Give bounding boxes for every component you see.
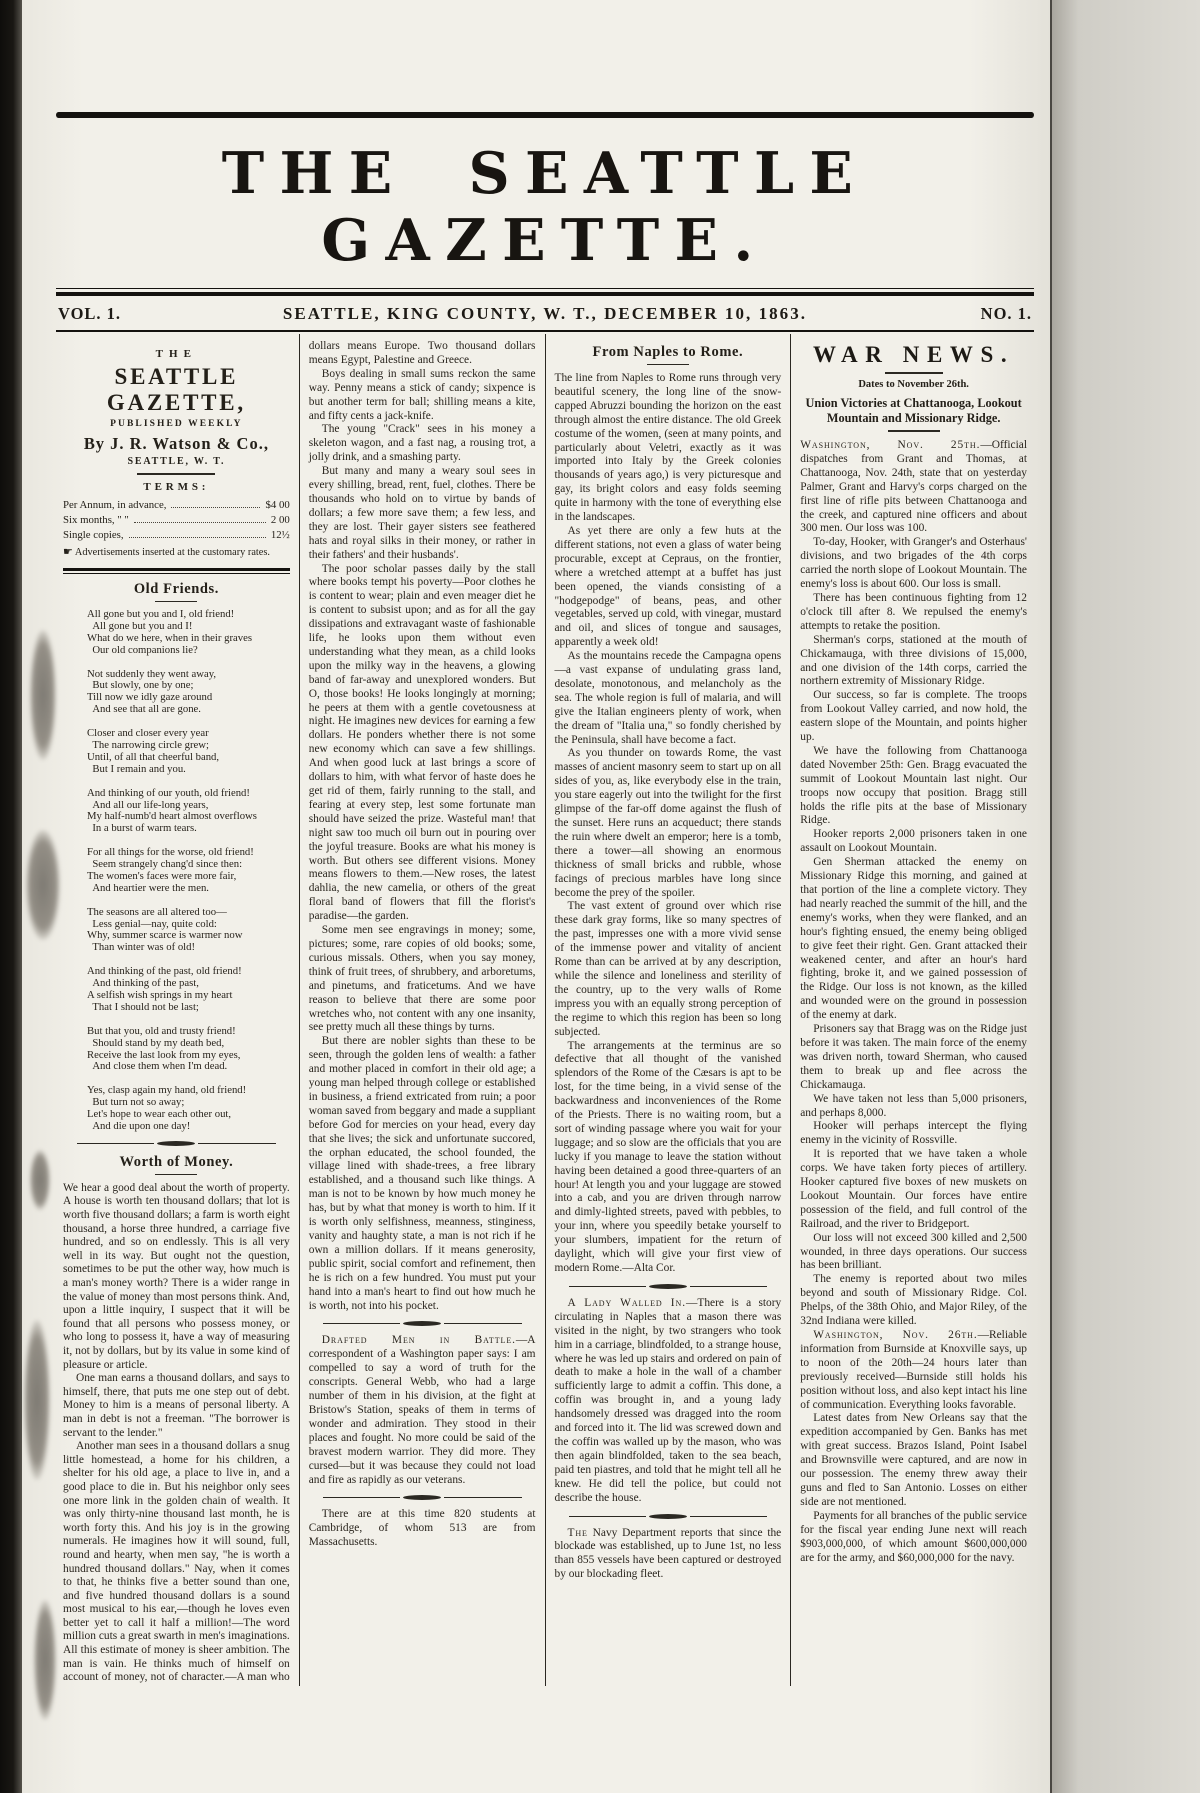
publisher-byline: By J. R. Watson & Co., — [63, 434, 290, 454]
paragraph: We hear a good deal about the worth of p… — [63, 1182, 290, 1372]
paragraph: Hooker reports 2,000 prisoners taken in … — [800, 828, 1027, 856]
paragraph: The enemy is reported about two miles be… — [800, 1273, 1027, 1329]
masthead-title: THE SEATTLE GAZETTE. — [54, 140, 1036, 274]
ornament-diamond — [403, 1321, 441, 1326]
ornament-diamond — [157, 1141, 195, 1146]
paragraph: There has been continuous fighting from … — [800, 592, 1027, 634]
war-news-title: WAR NEWS. — [800, 342, 1027, 368]
item-text: —There is a story circulating in Naples … — [555, 1297, 782, 1504]
paragraph-text: We have taken not less than 5,000 prison… — [800, 1093, 1027, 1119]
dotted-leader — [171, 507, 260, 508]
dotted-leader — [129, 537, 266, 538]
paragraph-text: Sherman's corps, stationed at the mouth … — [800, 634, 1027, 688]
war-news-subhead: Union Victories at Chattanooga, Lookout … — [804, 396, 1023, 425]
paragraph: Gen Sherman attacked the enemy on Missio… — [800, 856, 1027, 1023]
drafted-men-item: Drafted Men in Battle.—A correspondent o… — [309, 1334, 536, 1487]
paragraph: Payments for all branches of the public … — [800, 1510, 1027, 1566]
paragraph: Washington, Nov. 26th.—Reliable informat… — [800, 1329, 1027, 1412]
paragraph: The vast extent of ground over which ris… — [555, 900, 782, 1039]
paragraph: Boys dealing in small sums reckon the sa… — [309, 368, 536, 424]
paragraph: As you thunder on towards Rome, the vast… — [555, 747, 782, 900]
nameplate-the: THE — [63, 348, 290, 360]
item-text: —A correspondent of a Washington paper s… — [309, 1334, 536, 1485]
paragraph-text: —Reliable information from Burnside at K… — [800, 1329, 1027, 1411]
paragraph-text: The line from Naples to Rome runs throug… — [555, 372, 782, 523]
title-rule — [155, 1174, 197, 1175]
advert-note-text: Advertisements inserted at the customary… — [75, 547, 270, 558]
terms-label: Per Annum, in advance, — [63, 498, 166, 513]
dateline-rule — [56, 330, 1034, 332]
masthead-rule-top — [56, 112, 1034, 118]
paragraph-text: Our success, so far is complete. The tro… — [800, 689, 1027, 743]
ornament-divider — [323, 1321, 522, 1326]
paragraph: But many and many a weary soul sees in e… — [309, 465, 536, 562]
section-double-rule — [63, 568, 290, 574]
article-title-naples-to-rome: From Naples to Rome. — [555, 344, 782, 361]
terms-value: 2 00 — [271, 513, 290, 528]
column-3: From Naples to Rome. The line from Naple… — [545, 334, 791, 1686]
masthead-rule-bottom — [56, 288, 1034, 296]
terms-label: Six months, " " — [63, 513, 129, 528]
paragraph-text: The young "Crack" sees in his money a sk… — [309, 423, 536, 463]
article-body: The line from Naples to Rome runs throug… — [555, 372, 782, 1276]
paragraph: The line from Naples to Rome runs throug… — [555, 372, 782, 525]
paragraph: Our success, so far is complete. The tro… — [800, 689, 1027, 745]
paragraph: Latest dates from New Orleans say that t… — [800, 1412, 1027, 1509]
paragraph-text: To-day, Hooker, with Granger's and Oster… — [800, 536, 1027, 590]
paragraph-text: As yet there are only a few huts at the … — [555, 525, 782, 648]
paragraph-text: One man earns a thousand dollars, and sa… — [63, 1372, 290, 1438]
published-weekly: PUBLISHED WEEKLY — [63, 419, 290, 429]
paragraph: Hooker will perhaps intercept the flying… — [800, 1120, 1027, 1148]
paragraph: The arrangements at the terminus are so … — [555, 1040, 782, 1276]
paragraph-text: Our loss will not exceed 300 killed and … — [800, 1232, 1027, 1272]
paragraph: The young "Crack" sees in his money a sk… — [309, 423, 536, 465]
terms-row: Six months, " " 2 00 — [63, 513, 290, 528]
war-news-body: Washington, Nov. 25th.—Official dispatch… — [800, 439, 1027, 1565]
paragraph: As the mountains recede the Campagna ope… — [555, 650, 782, 747]
dotted-leader — [134, 522, 266, 523]
paragraph-text: Hooker reports 2,000 prisoners taken in … — [800, 828, 1027, 854]
pointing-hand-icon: ☛ — [63, 545, 73, 558]
ornament-diamond — [649, 1514, 687, 1519]
terms-row: Single copies, 12½ — [63, 528, 290, 543]
item-lead: The — [568, 1527, 588, 1539]
terms-table: Per Annum, in advance, $4 00 Six months,… — [63, 498, 290, 543]
paragraph-text: There has been continuous fighting from … — [800, 592, 1027, 632]
terms-label: Single copies, — [63, 528, 124, 543]
paragraph: Washington, Nov. 25th.—Official dispatch… — [800, 439, 1027, 536]
ornament-divider — [77, 1141, 276, 1146]
item-lead: A Lady Walled In. — [568, 1297, 686, 1309]
divider-rule — [137, 473, 215, 475]
paragraph-text: Prisoners say that Bragg was on the Ridg… — [800, 1023, 1027, 1091]
paragraph: We have the following from Chattanooga d… — [800, 745, 1027, 828]
navy-department-item: The Navy Department reports that since t… — [555, 1527, 782, 1583]
paragraph-text: But many and many a weary soul sees in e… — [309, 465, 536, 560]
dateline-text: SEATTLE, KING COUNTY, W. T., DECEMBER 10… — [228, 304, 862, 324]
ornament-divider — [569, 1284, 768, 1289]
column-1: THE SEATTLE GAZETTE, PUBLISHED WEEKLY By… — [54, 334, 299, 1686]
ornament-diamond — [403, 1495, 441, 1500]
paragraph-text: Boys dealing in small sums reckon the sa… — [309, 368, 536, 422]
paragraph: Some men see engravings in money; some, … — [309, 924, 536, 1035]
paragraph: Prisoners say that Bragg was on the Ridg… — [800, 1023, 1027, 1093]
ink-smudge — [30, 1150, 50, 1210]
paragraph-text: But there are nobler sights than these t… — [309, 1035, 536, 1311]
title-rule — [888, 430, 940, 432]
paragraph-text: Some men see engravings in money; some, … — [309, 924, 536, 1033]
article-body: We hear a good deal about the worth of p… — [63, 1182, 290, 1686]
paragraph-text: The vast extent of ground over which ris… — [555, 900, 782, 1037]
paragraph: The poor scholar passes daily by the sta… — [309, 563, 536, 925]
paragraph-text: It is reported that we have taken a whol… — [800, 1148, 1027, 1230]
binding-edge — [0, 0, 22, 1793]
ink-smudge — [30, 630, 56, 760]
ornament-divider — [569, 1514, 768, 1519]
paragraph-text: dollars means Europe. Two thousand dolla… — [309, 340, 536, 366]
paragraph-text: Payments for all branches of the public … — [800, 1510, 1027, 1564]
paragraph-text: Another man sees in a thousand dollars a… — [63, 1440, 290, 1686]
paragraph: It is reported that we have taken a whol… — [800, 1148, 1027, 1231]
column-2: dollars means Europe. Two thousand dolla… — [299, 334, 545, 1686]
poem-body: All gone but you and I, old friend! All … — [63, 609, 290, 1133]
item-text: Navy Department reports that since the b… — [555, 1527, 782, 1581]
terms-value: 12½ — [271, 528, 290, 543]
scan-margin — [1052, 0, 1200, 1793]
title-rule — [155, 601, 197, 602]
paragraph-text: The arrangements at the terminus are so … — [555, 1040, 782, 1275]
paragraph: dollars means Europe. Two thousand dolla… — [309, 340, 536, 368]
publisher-location: SEATTLE, W. T. — [63, 456, 290, 467]
paragraph-lead: Washington, Nov. 26th. — [813, 1329, 977, 1341]
issue-number: NO. 1. — [862, 304, 1032, 324]
newspaper-page: THE SEATTLE GAZETTE. VOL. 1. SEATTLE, KI… — [0, 0, 1200, 1793]
cambridge-item: There are at this time 820 students at C… — [309, 1508, 536, 1550]
paragraph: But there are nobler sights than these t… — [309, 1035, 536, 1313]
paragraph: We have taken not less than 5,000 prison… — [800, 1093, 1027, 1121]
paragraph: To-day, Hooker, with Granger's and Oster… — [800, 536, 1027, 592]
item-lead: Drafted Men in Battle. — [322, 1334, 516, 1346]
advert-note: ☛ Advertisements inserted at the customa… — [63, 545, 290, 559]
ornament-divider — [323, 1495, 522, 1500]
war-news-dates: Dates to November 26th. — [800, 379, 1027, 390]
ink-smudge — [24, 1320, 50, 1480]
paragraph-text: As you thunder on towards Rome, the vast… — [555, 747, 782, 898]
paragraph-text: The enemy is reported about two miles be… — [800, 1273, 1027, 1327]
title-rule — [885, 372, 943, 374]
paragraph-text: Hooker will perhaps intercept the flying… — [800, 1120, 1027, 1146]
poem-title: Old Friends. — [63, 581, 290, 598]
column-grid: THE SEATTLE GAZETTE, PUBLISHED WEEKLY By… — [54, 334, 1036, 1686]
newspaper-sheet: THE SEATTLE GAZETTE. VOL. 1. SEATTLE, KI… — [22, 0, 1052, 1793]
paragraph-text: As the mountains recede the Campagna ope… — [555, 650, 782, 745]
paragraph-text: The poor scholar passes daily by the sta… — [309, 563, 536, 923]
terms-row: Per Annum, in advance, $4 00 — [63, 498, 290, 513]
volume-label: VOL. 1. — [58, 304, 228, 324]
lady-walled-in-item: A Lady Walled In.—There is a story circu… — [555, 1297, 782, 1506]
terms-value: $4 00 — [265, 498, 289, 513]
ornament-diamond — [649, 1284, 687, 1289]
nameplate-block: THE SEATTLE GAZETTE, PUBLISHED WEEKLY By… — [63, 348, 290, 559]
paragraph: Sherman's corps, stationed at the mouth … — [800, 634, 1027, 690]
paragraph: Our loss will not exceed 300 killed and … — [800, 1232, 1027, 1274]
paragraph-text: We have the following from Chattanooga d… — [800, 745, 1027, 827]
paragraph-text: Latest dates from New Orleans say that t… — [800, 1412, 1027, 1507]
paragraph-text: We hear a good deal about the worth of p… — [63, 1182, 290, 1371]
item-text: There are at this time 820 students at C… — [309, 1508, 536, 1548]
paragraph: Another man sees in a thousand dollars a… — [63, 1440, 290, 1686]
paragraph: One man earns a thousand dollars, and sa… — [63, 1372, 290, 1440]
article-title-worth-of-money: Worth of Money. — [63, 1154, 290, 1171]
paragraph-text: —Official dispatches from Grant and Thom… — [800, 439, 1027, 534]
column-4: WAR NEWS. Dates to November 26th. Union … — [790, 334, 1036, 1686]
paragraph-text: Gen Sherman attacked the enemy on Missio… — [800, 856, 1027, 1021]
article-continuation: dollars means Europe. Two thousand dolla… — [309, 340, 536, 1313]
ink-smudge — [26, 830, 60, 940]
paragraph: As yet there are only a few huts at the … — [555, 525, 782, 650]
terms-heading: TERMS: — [63, 481, 290, 493]
paragraph-lead: Washington, Nov. 25th. — [800, 439, 980, 451]
ink-smudge — [34, 1600, 56, 1720]
title-rule — [647, 364, 689, 365]
dateline: VOL. 1. SEATTLE, KING COUNTY, W. T., DEC… — [54, 296, 1036, 330]
nameplate-title: SEATTLE GAZETTE, — [63, 364, 290, 416]
